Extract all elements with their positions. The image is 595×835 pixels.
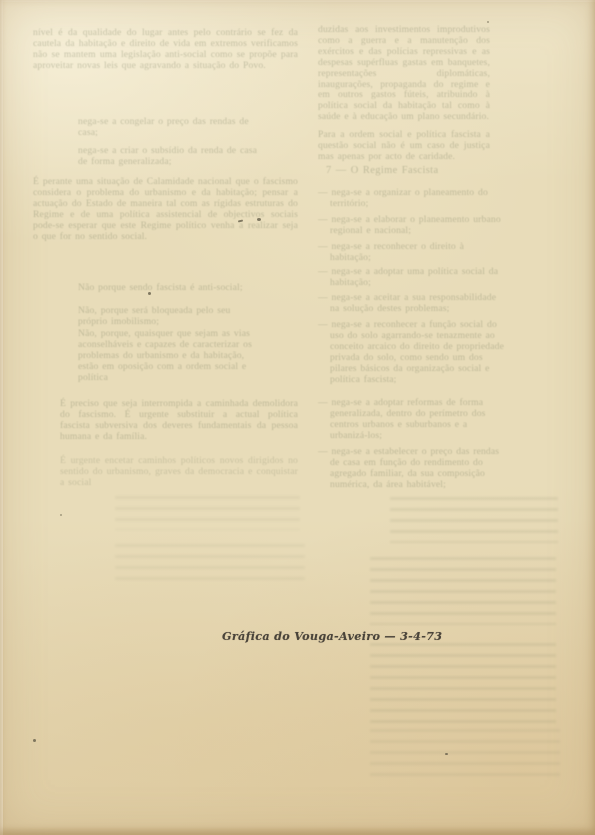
ghost-indented-item: Não porque sendo fascista é anti-social; [78,283,263,294]
illegible-ghost-text-block [370,729,560,779]
ghost-list-item: — nega-se a estabelecer o preço das rend… [318,447,506,491]
ghost-list-item: — nega-se a elaborar o planeamento urban… [318,215,506,237]
printer-imprint: Gráfica do Vouga-Aveiro — 3-4-73 [222,629,442,644]
ghost-paragraph: É preciso que seja interrompida a caminh… [60,399,298,443]
illegible-ghost-text-block [370,643,556,723]
dust-speck [257,218,261,221]
ghost-paragraph: É perante uma situação de Calamidade nac… [33,177,298,242]
ghost-list-item: — nega-se a adoptar uma política social … [318,267,506,289]
dust-speck [33,739,36,742]
dust-speck [148,292,151,295]
ghost-paragraph: Para a ordem social e política fascista … [318,130,490,163]
ghost-indented-item: nega-se a congelar o preço das rendas de… [78,117,268,139]
ghost-list-item: — nega-se a reconhecer a função social d… [318,320,506,385]
dust-speck [60,514,62,516]
ghost-indented-item: nega-se a criar o subsídio da renda de c… [78,146,268,168]
ghost-list-item: — nega-se a reconhecer o direito à habit… [318,242,506,264]
illegible-ghost-text-block [115,544,305,582]
scanned-page: nível é da qualidade do lugar antes pelo… [0,0,595,835]
ghost-list-item: — nega-se a aceitar a sua responsabilida… [318,293,506,315]
illegible-ghost-text-block [370,557,556,625]
illegible-ghost-text-block [115,496,300,530]
ghost-paragraph: nível é da qualidade do lugar antes pelo… [33,28,298,72]
illegible-ghost-text-block [390,497,558,543]
dust-speck [445,753,448,755]
ghost-indented-item: Não, porque, quaisquer que sejam as vias… [78,329,263,384]
ghost-list-item: — nega-se a organizar o planeamento do t… [318,188,506,210]
ghost-indented-item: Não, porque será bloqueada pelo seu próp… [78,306,263,328]
ghost-paragraph: duzidas aos investimentos improdutivos c… [318,25,490,123]
dust-speck [487,21,489,23]
ghost-paragraph: É urgente encetar caminhos políticos nov… [60,456,298,489]
ghost-list-item: — nega-se a adoptar reformas de forma ge… [318,398,506,442]
ghost-heading: 7 — O Regime Fascista [326,166,494,177]
